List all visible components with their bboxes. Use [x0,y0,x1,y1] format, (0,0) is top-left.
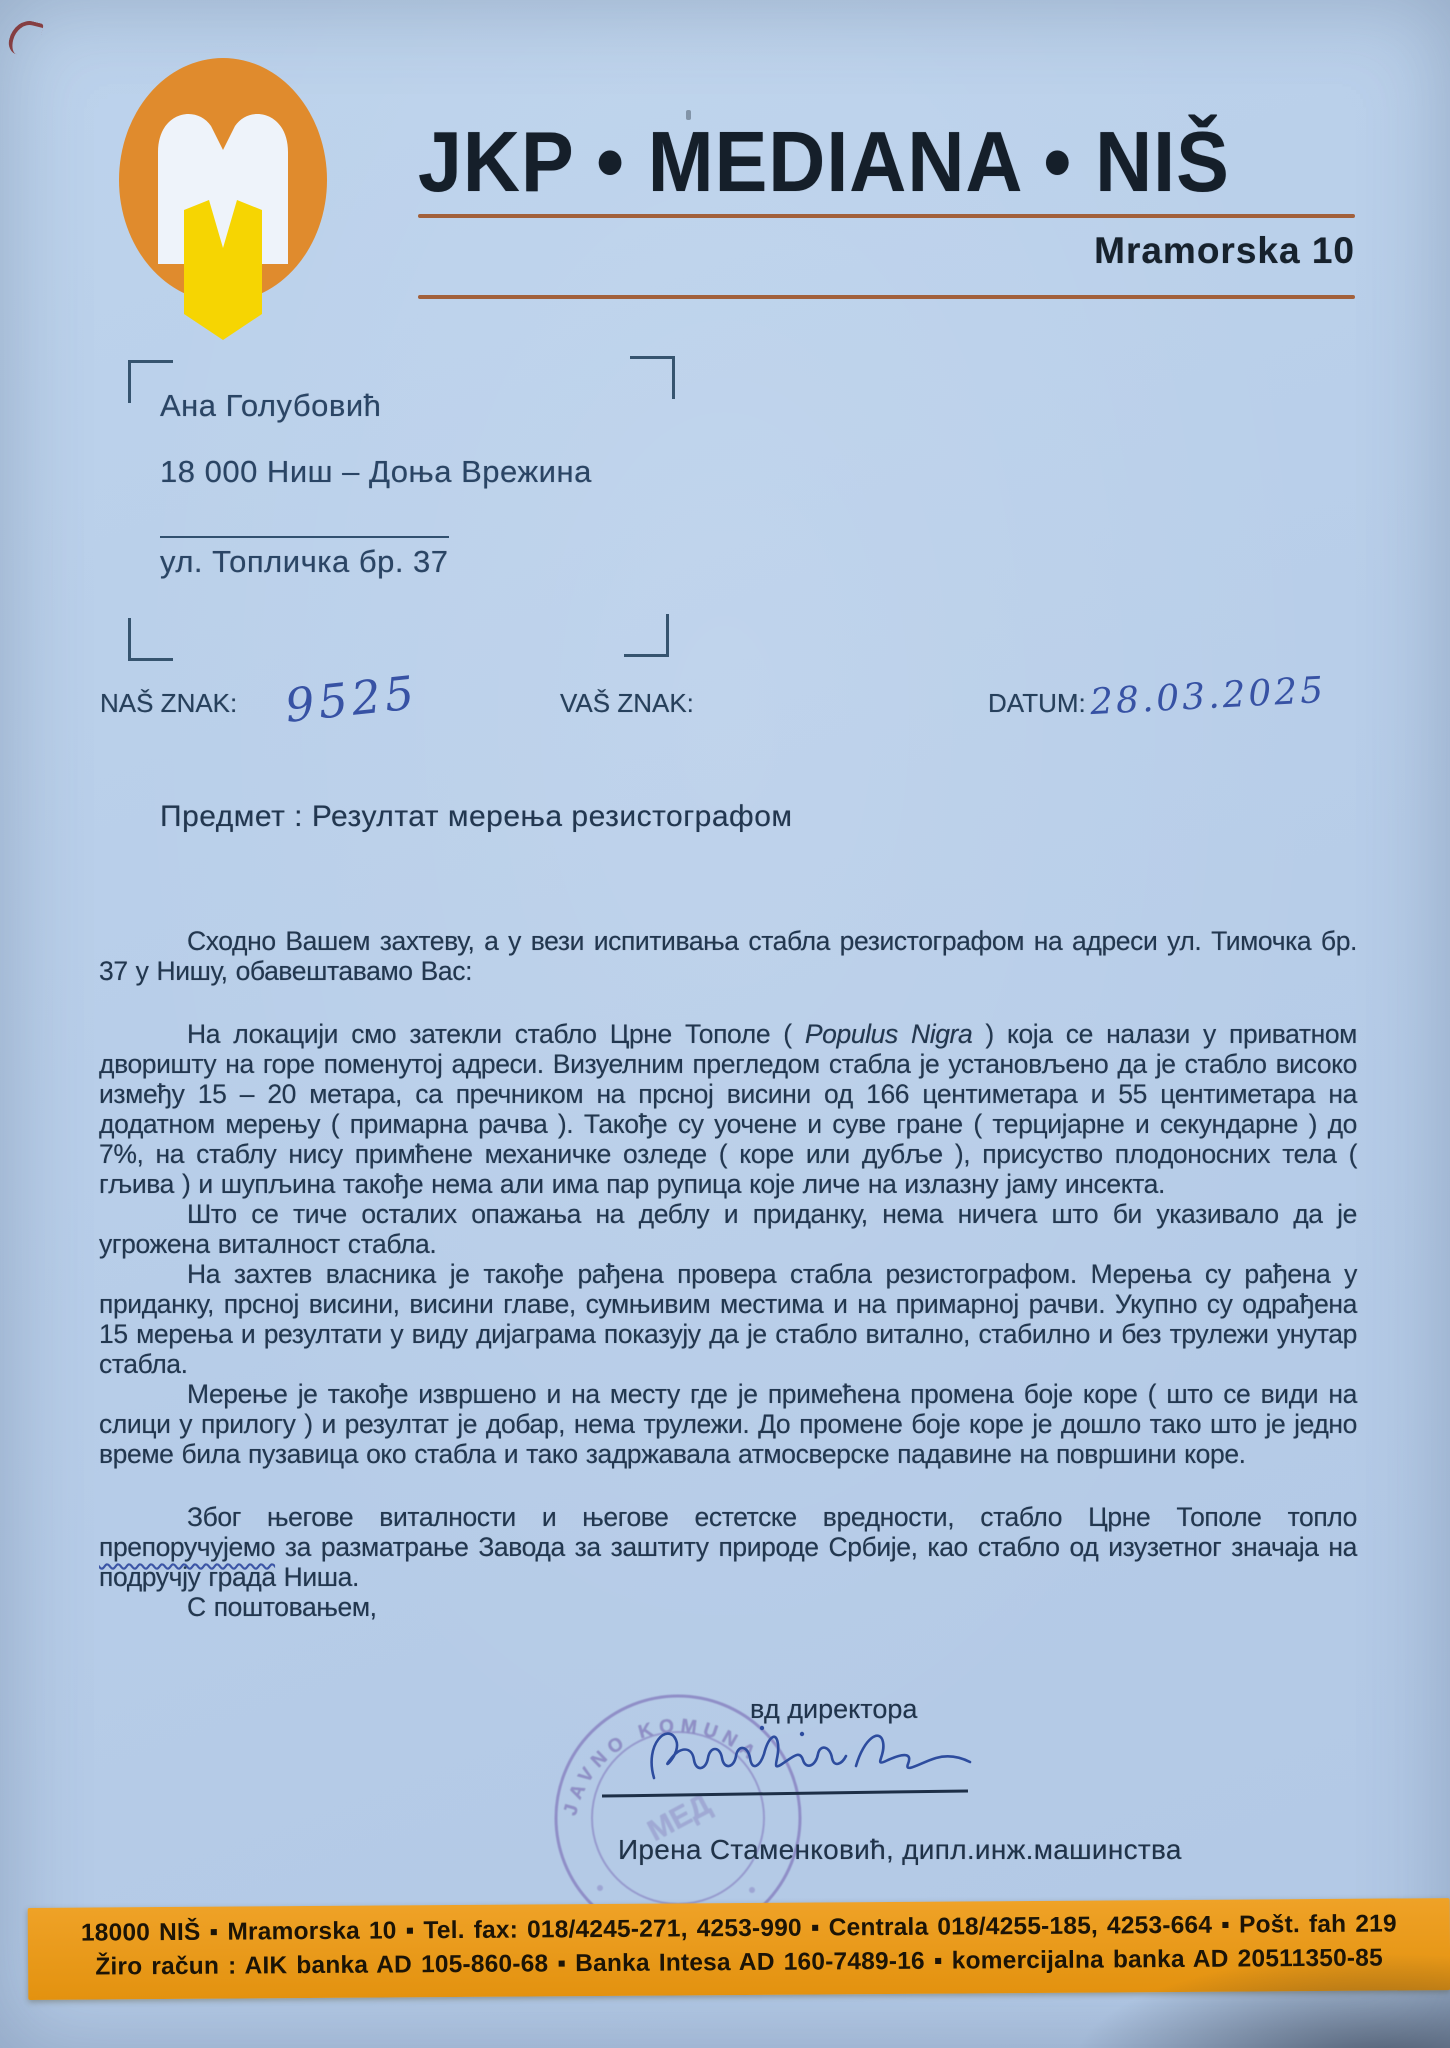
company-address-subtitle: Mramorska 10 [418,230,1355,272]
species-latin-name: Populus Nigra [805,1019,972,1049]
scan-artifact-mark [6,17,44,59]
paragraph-findings: На локацији смо затекли стабло Црне Топо… [99,1019,1357,1199]
recipient-name: Ана Голубовић [160,388,592,424]
findings-text-before: На локацији смо затекли стабло Црне Топо… [187,1019,805,1049]
subject-line: Предмет : Резултат мерења резистографом [160,800,793,834]
recipient-city: 18 000 Ниш – Доња Врежина [160,454,592,490]
signer-name: Ирена Стаменковић, дипл.инж.машинства [618,1834,1182,1866]
crop-mark-bottom-right [624,614,669,657]
company-title: JKP • MEDIANA • NIŠ [418,112,1358,211]
scanned-letter-page: JKP • MEDIANA • NIŠ Mramorska 10 Ана Гол… [0,0,1450,2048]
footer-contact-band: 18000 NIŠ ▪ Mramorska 10 ▪ Tel. fax: 018… [28,1898,1450,2000]
paragraph-bark-color: Мерење је такође извршено и на месту где… [99,1379,1357,1469]
masthead-rule-bottom [418,295,1355,299]
recommendation-text-after: за разматрање Завода за заштиту природе … [99,1532,1357,1592]
our-ref-label: NAŠ ZNAK: [100,688,237,719]
paragraph-intro: Сходно Вашем захтеву, а у вези испитивањ… [99,926,1357,986]
date-label: DATUM: [988,688,1086,719]
crop-mark-bottom-left [128,618,173,661]
paragraph-recommendation: Због његове виталности и његове естетске… [99,1502,1357,1592]
recipient-block: Ана Голубовић 18 000 Ниш – Доња Врежина … [160,388,592,580]
paragraph-trunk-observations: Што се тиче осталих опажања на деблу и п… [99,1199,1357,1259]
footer-contacts-line: 18000 NIŠ ▪ Mramorska 10 ▪ Tel. fax: 018… [28,1910,1450,1948]
crop-mark-top-right [630,356,675,399]
date-handwritten-value: 28.03.2025 [1089,670,1327,723]
footer-bank-accounts-line: Žiro račun : AIK banka AD 105-860-68 ▪ B… [28,1944,1450,1982]
our-ref-handwritten-value: 9525 [283,665,421,733]
letter-body: Сходно Вашем захтеву, а у вези испитивањ… [99,926,1357,1622]
masthead-rule-top [418,214,1355,218]
paragraph-resistograph-check: На захтев власника је такође рађена пров… [99,1259,1357,1379]
mediana-logo [116,52,331,342]
recipient-street: ул. Топличка бр. 37 [160,536,449,580]
handwritten-signature [640,1716,980,1798]
recommendation-text-before: Због његове виталности и његове естетске… [187,1502,1357,1532]
closing-salutation: С поштовањем, [99,1592,1357,1622]
recommendation-underlined-word: препоручујемо [99,1532,275,1562]
your-ref-label: VAŠ ZNAK: [560,688,694,719]
